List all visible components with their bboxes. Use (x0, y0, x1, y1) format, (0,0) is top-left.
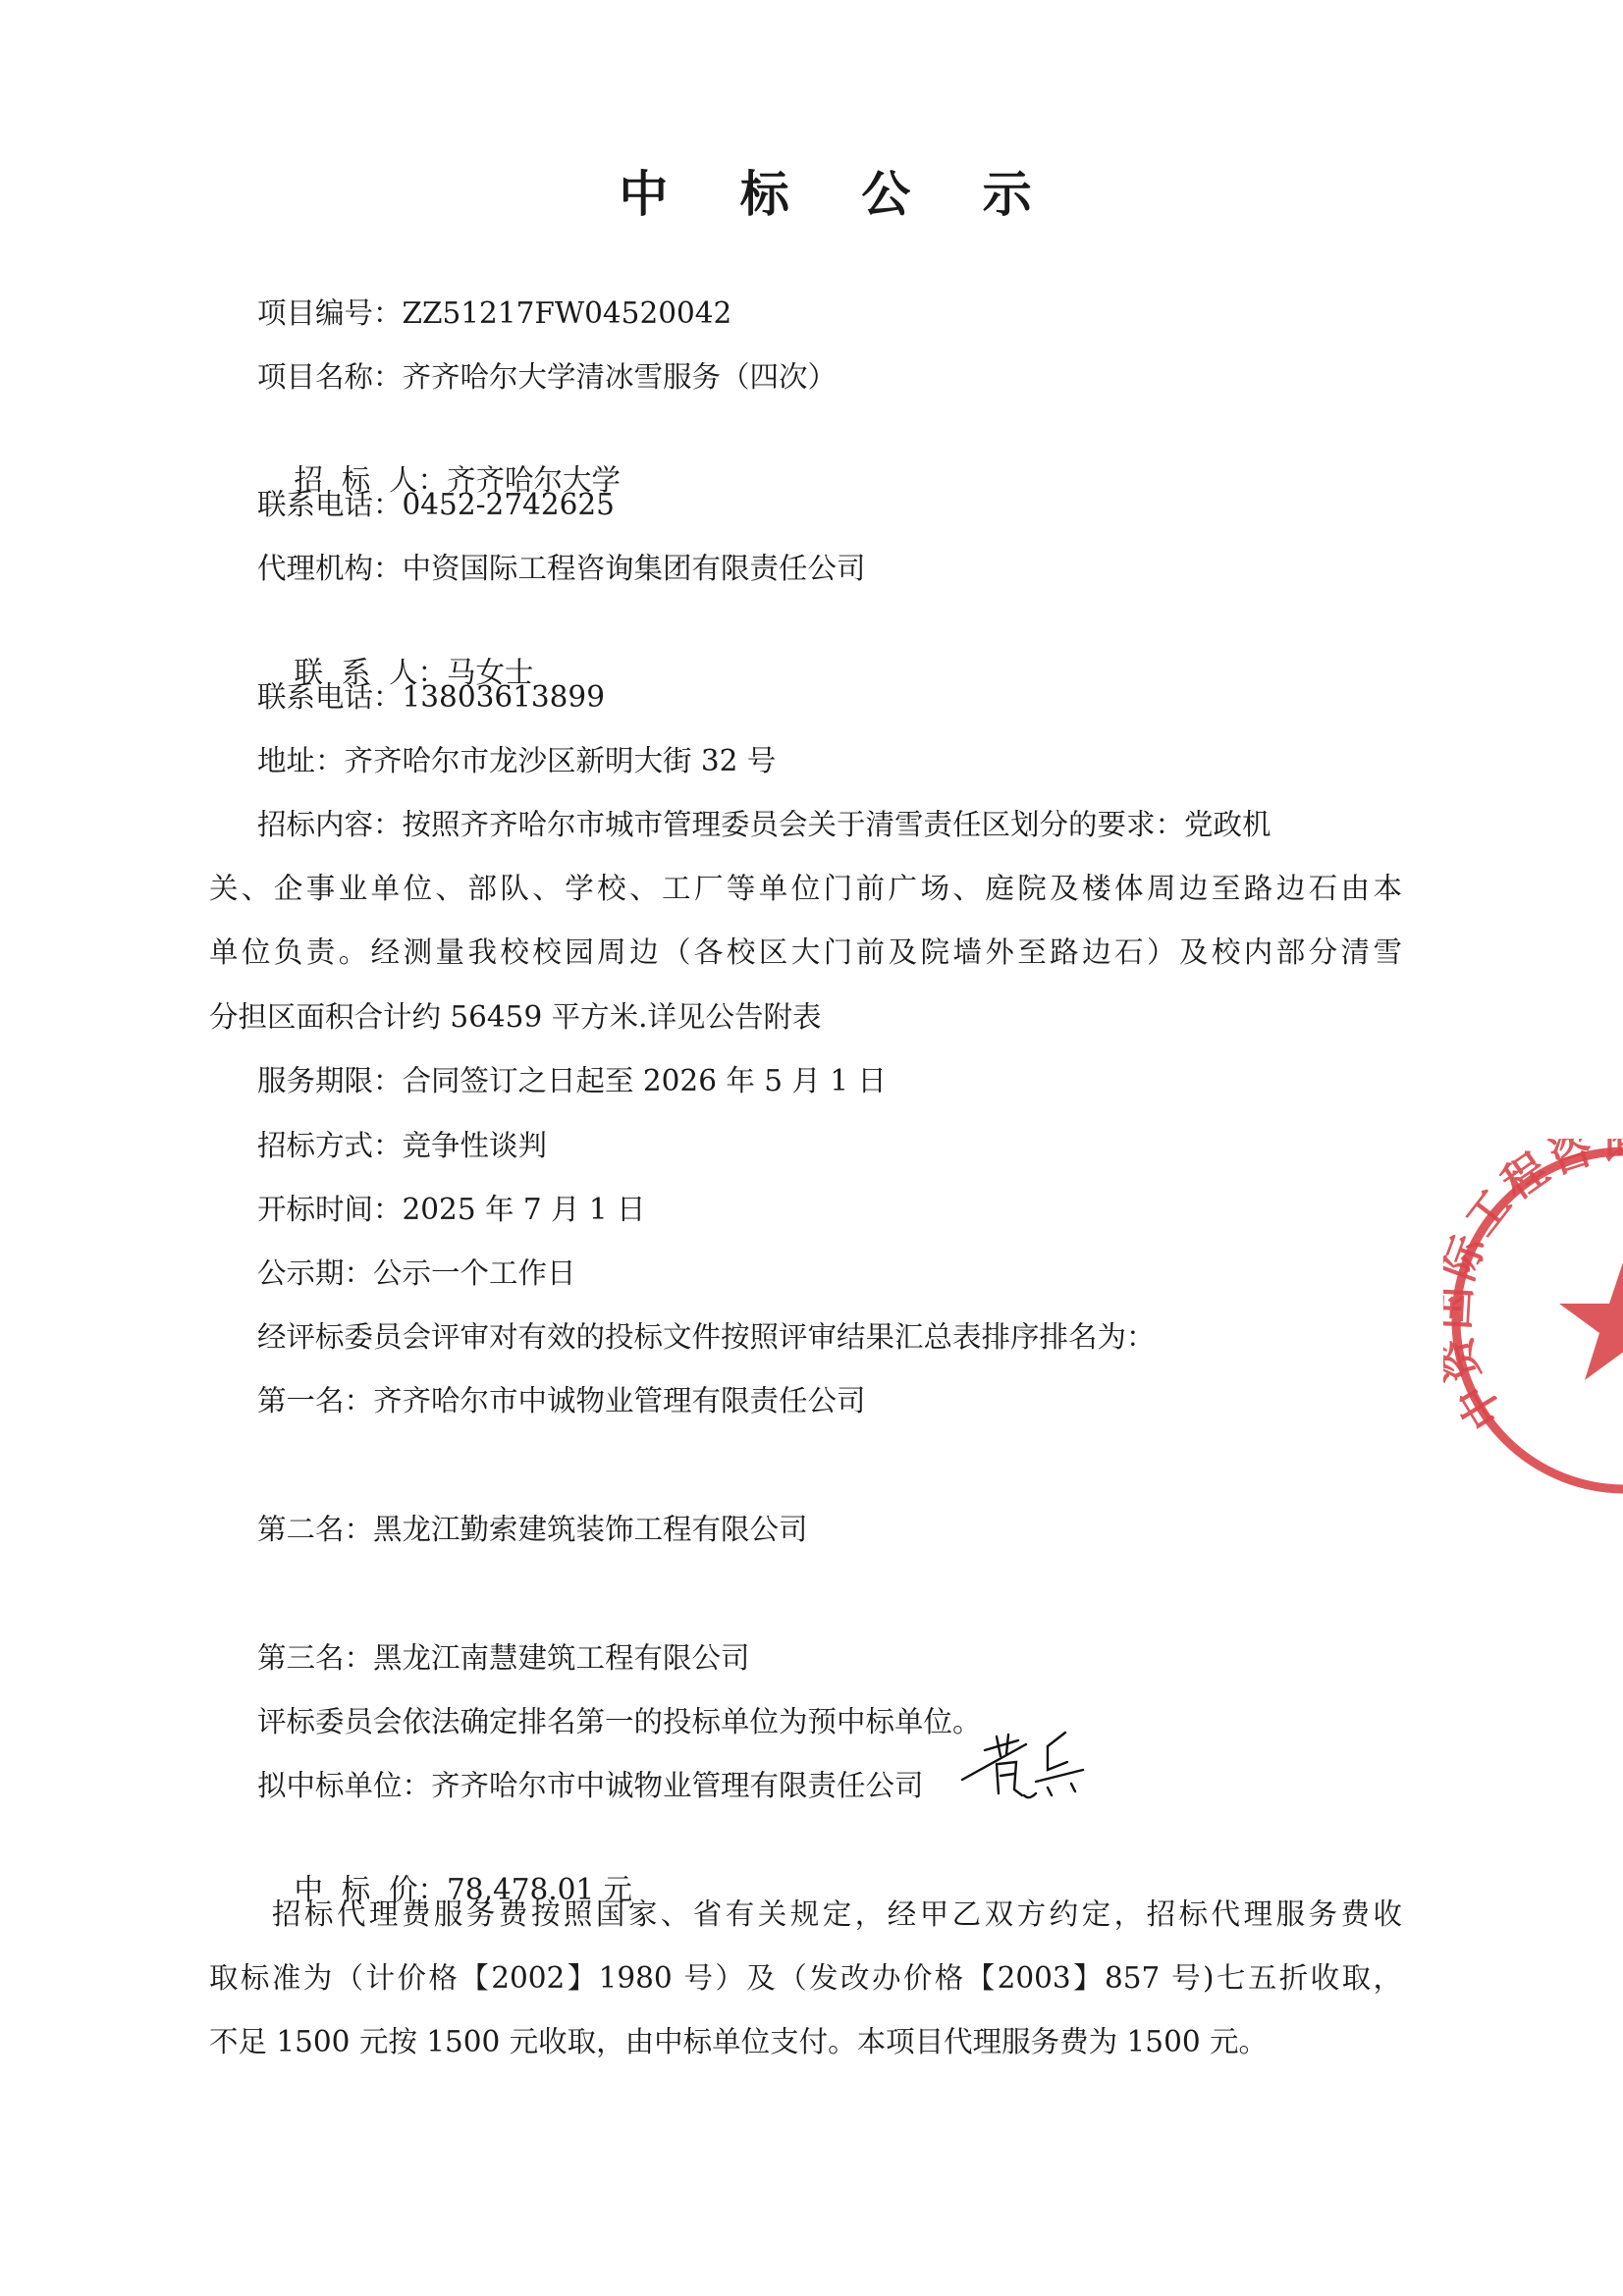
ranking-item-2: 第二名：黑龙江勤索建筑装饰工程有限公司 (257, 1510, 1450, 1549)
project-number-label: 项目编号： (257, 296, 403, 330)
ranking-company: 齐齐哈尔市中诚物业管理有限责任公司 (373, 1384, 866, 1417)
ranking-item-1: 第一名：齐齐哈尔市中诚物业管理有限责任公司 (257, 1381, 1450, 1420)
agency-label: 代理机构： (257, 552, 403, 585)
bid-opening-value: 2025 年 7 月 1 日 (403, 1193, 646, 1226)
project-name-label: 项目名称： (257, 360, 403, 394)
tender-method-row: 招标方式：竞争性谈判 (257, 1126, 1450, 1165)
service-period-row: 服务期限：合同签订之日起至 2026 年 5 月 1 日 (257, 1061, 1450, 1100)
tender-content-line-2: 关、企事业单位、部队、学校、工厂等单位门前广场、庭院及楼体周边至路边石由本 (209, 869, 1402, 908)
publicity-period-row: 公示期：公示一个工作日 (257, 1254, 1450, 1293)
agency-phone-row: 联系电话：13803613899 (257, 677, 1450, 717)
tender-method-label: 招标方式： (257, 1129, 403, 1162)
tender-content-text: 按照齐齐哈尔市城市管理委员会关于清雪责任区划分的要求：党政机 (403, 808, 1271, 841)
ranking-intro: 经评标委员会评审对有效的投标文件按照评审结果汇总表排序排名为： (257, 1317, 1450, 1357)
tenderer-phone-label: 联系电话： (257, 488, 403, 521)
project-number-row: 项目编号：ZZ51217FW04520042 (257, 294, 1450, 333)
signature-icon (957, 1713, 1100, 1806)
committee-decision: 评标委员会依法确定排名第一的投标单位为预中标单位。 (257, 1702, 1450, 1741)
ranking-label: 第二名： (257, 1513, 373, 1546)
ranking-label: 第三名： (257, 1641, 373, 1675)
tender-content-line-4: 分担区面积合计约 56459 平方米.详见公告附表 (209, 997, 1402, 1037)
project-name-row: 项目名称：齐齐哈尔大学清冰雪服务（四次） (257, 357, 1450, 397)
page-title: 中 标 公 示 (0, 165, 1623, 224)
address-row: 地址：齐齐哈尔市龙沙区新明大街 32 号 (257, 741, 1450, 780)
project-name-value: 齐齐哈尔大学清冰雪服务（四次） (403, 360, 838, 394)
official-seal-icon: 中资国际工程咨询 (1443, 1139, 1623, 1502)
agency-phone-value: 13803613899 (403, 680, 605, 714)
tender-content-label: 招标内容： (257, 808, 403, 841)
bid-opening-row: 开标时间：2025 年 7 月 1 日 (257, 1190, 1450, 1229)
agency-value: 中资国际工程咨询集团有限责任公司 (403, 552, 866, 585)
service-period-value: 合同签订之日起至 2026 年 5 月 1 日 (403, 1064, 887, 1097)
agency-fee-line-2: 取标准为（计价格【2002】1980 号）及（发改办价格【2003】857 号)… (209, 1958, 1402, 1998)
proposed-winner-label: 拟中标单位： (257, 1769, 431, 1802)
proposed-winner-row: 拟中标单位：齐齐哈尔市中诚物业管理有限责任公司 (257, 1766, 1450, 1805)
proposed-winner-value: 齐齐哈尔市中诚物业管理有限责任公司 (431, 1769, 924, 1802)
tenderer-phone-row: 联系电话：0452-2742625 (257, 485, 1450, 524)
ranking-company: 黑龙江勤索建筑装饰工程有限公司 (373, 1513, 808, 1546)
ranking-item-3: 第三名：黑龙江南慧建筑工程有限公司 (257, 1638, 1450, 1678)
svg-text:中资国际工程咨询: 中资国际工程咨询 (1443, 1139, 1623, 1438)
agency-fee-line-3: 不足 1500 元按 1500 元收取，由中标单位支付。本项目代理服务费为 15… (209, 2022, 1402, 2061)
address-value: 齐齐哈尔市龙沙区新明大街 32 号 (345, 744, 777, 777)
agency-row: 代理机构：中资国际工程咨询集团有限责任公司 (257, 549, 1450, 588)
document-page: 中 标 公 示 项目编号：ZZ51217FW04520042 项目名称：齐齐哈尔… (0, 0, 1623, 2296)
bid-opening-label: 开标时间： (257, 1193, 403, 1226)
service-period-label: 服务期限： (257, 1064, 403, 1097)
publicity-period-value: 公示一个工作日 (373, 1256, 576, 1290)
agency-fee-line-1: 招标代理费服务费按照国家、省有关规定，经甲乙双方约定，招标代理服务费收 (272, 1895, 1402, 1934)
ranking-company: 黑龙江南慧建筑工程有限公司 (373, 1641, 750, 1675)
tender-method-value: 竞争性谈判 (403, 1129, 548, 1162)
tender-content-line-3: 单位负责。经测量我校校园周边（各校区大门前及院墙外至路边石）及校内部分清雪 (209, 933, 1402, 972)
agency-phone-label: 联系电话： (257, 680, 403, 714)
tenderer-phone-value: 0452-2742625 (403, 488, 615, 521)
address-label: 地址： (257, 744, 345, 777)
project-number-value: ZZ51217FW04520042 (403, 296, 732, 330)
publicity-period-label: 公示期： (257, 1256, 373, 1290)
ranking-label: 第一名： (257, 1384, 373, 1417)
tender-content-line-1: 招标内容：按照齐齐哈尔市城市管理委员会关于清雪责任区划分的要求：党政机 (257, 805, 1402, 844)
